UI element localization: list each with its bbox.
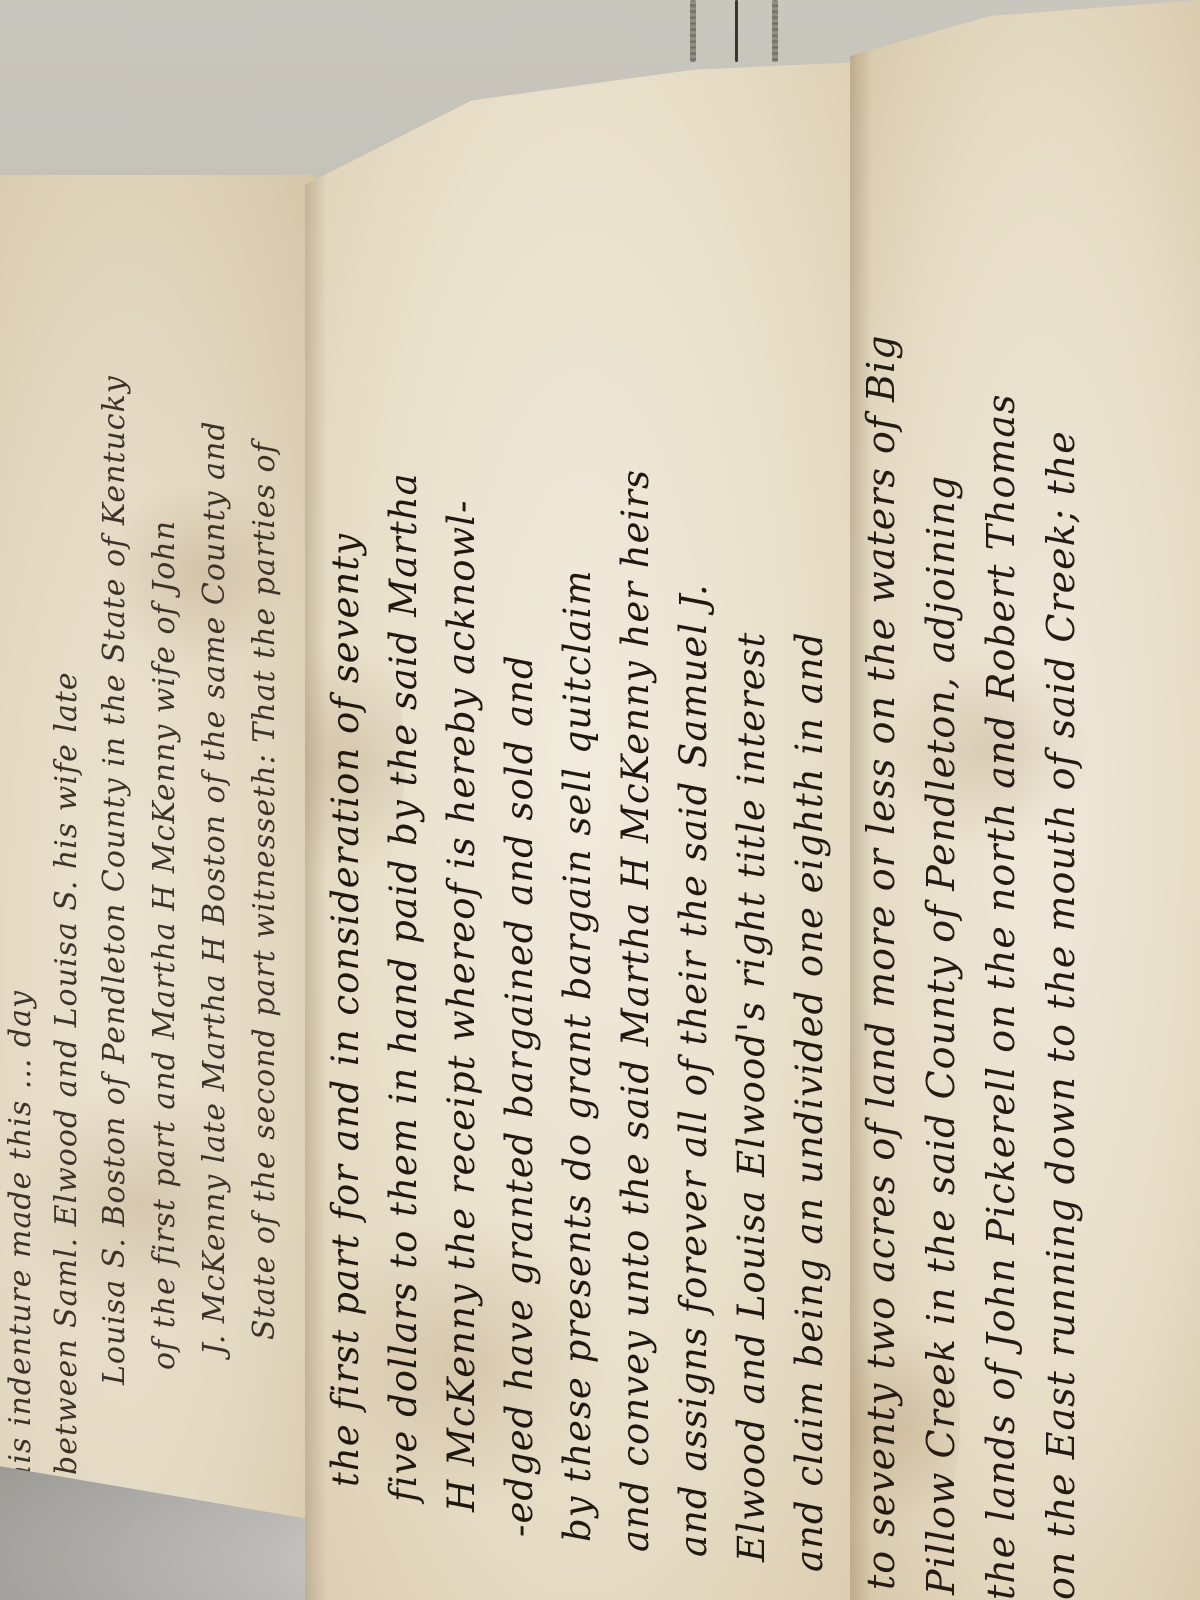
deed-line: Pillow Creek in the said County of Pendl…: [922, 475, 960, 1595]
deed-line: State of the second part witnesseth: Tha…: [250, 441, 280, 1340]
binding-thread: [735, 0, 738, 62]
deed-line: five dollars to them in hand paid by the…: [385, 472, 422, 1502]
binding-thread: [772, 0, 778, 62]
deed-line: of the first part and Martha H McKenny w…: [150, 520, 180, 1370]
paper-panel-middle: the first part for and in consideration …: [305, 62, 860, 1600]
deed-line: the first part for and in consideration …: [327, 533, 364, 1487]
deed-line: H McKenny the receipt whereof is hereby …: [443, 500, 480, 1512]
deed-line: -edged have granted bargained and sold a…: [501, 654, 538, 1537]
deed-line: the lands of John Pickerell on the north…: [982, 393, 1020, 1600]
deed-line: by these presents do grant bargain sell …: [559, 570, 596, 1542]
deed-line: J. McKenny late Martha H Boston of the s…: [200, 420, 230, 1355]
deed-line: between Saml. Elwood and Louisa S. his w…: [52, 671, 82, 1475]
deed-line: This indenture made this ... day: [6, 990, 36, 1505]
paper-panel-left: This indenture made this ... day between…: [0, 175, 315, 1520]
deed-line: on the East running down to the mouth of…: [1042, 430, 1080, 1600]
deed-line: to seventy two acres of land more or les…: [862, 335, 900, 1590]
deed-line: and assigns forever all of their the sai…: [675, 583, 712, 1557]
deed-line: and claim being an undivided one eighth …: [791, 632, 828, 1572]
document-photo: This indenture made this ... day between…: [0, 0, 1200, 1600]
deed-line: Elwood and Louisa Elwood's right title i…: [733, 632, 770, 1562]
deed-line: Louisa S. Boston of Pendleton County in …: [100, 375, 130, 1385]
binding-thread: [690, 0, 696, 62]
deed-line: and convey unto the said Martha H McKenn…: [617, 469, 654, 1552]
paper-panel-right: to seventy two acres of land more or les…: [850, 0, 1200, 1600]
